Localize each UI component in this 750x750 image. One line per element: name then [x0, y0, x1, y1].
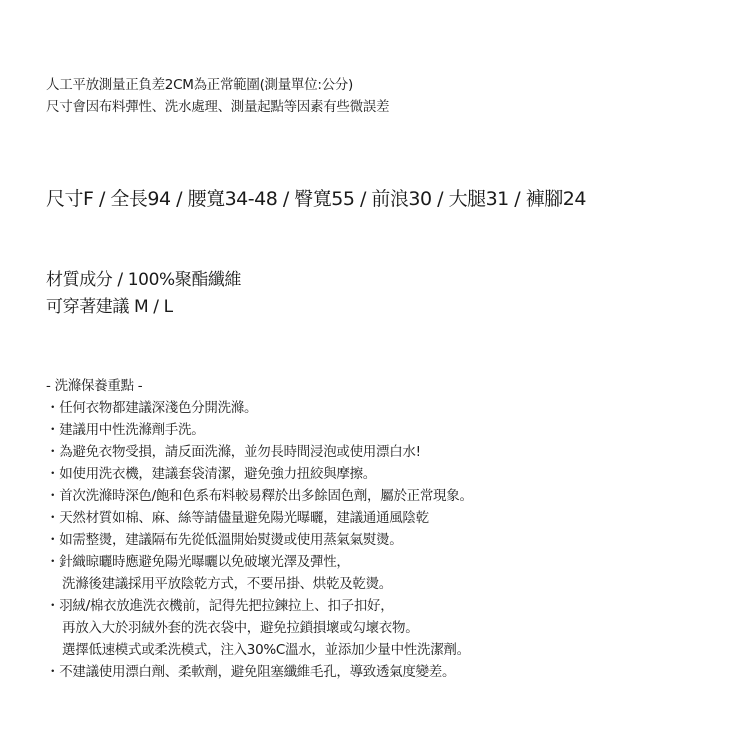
material-composition: 材質成分 / 100%聚酯纖維 — [46, 267, 241, 294]
care-item: ・首次洗滌時深色/飽和色系布料較易釋於出多餘固色劑，屬於正常現象。 — [46, 485, 473, 507]
measurement-note-line-1: 人工平放測量正負差2CM為正常範圍(測量單位:公分) — [46, 74, 389, 96]
measurement-note-line-2: 尺寸會因布料彈性、洗水處理、測量起點等因素有些微誤差 — [46, 96, 389, 118]
care-item: ・建議用中性洗滌劑手洗。 — [46, 419, 473, 441]
fit-recommendation: 可穿著建議 M / L — [46, 294, 241, 321]
care-item: ・任何衣物都建議深淺色分開洗滌。 — [46, 397, 473, 419]
care-item: ・如使用洗衣機，建議套袋清潔，避免強力扭絞與摩擦。 — [46, 463, 473, 485]
material-info: 材質成分 / 100%聚酯纖維 可穿著建議 M / L — [46, 267, 241, 321]
measurement-note: 人工平放測量正負差2CM為正常範圍(測量單位:公分) 尺寸會因布料彈性、洗水處理… — [46, 74, 389, 118]
care-item: ・不建議使用漂白劑、柔軟劑，避免阻塞纖維毛孔，導致透氣度變差。 — [46, 661, 473, 683]
care-item: ・針織晾曬時應避免陽光曝曬以免破壞光澤及彈性， — [46, 551, 473, 573]
care-item-continuation: 選擇低速模式或柔洗模式，注入30%C溫水，並添加少量中性洗潔劑。 — [46, 639, 473, 661]
care-item: ・如需整燙，建議隔布先從低溫開始熨燙或使用蒸氣氣熨燙。 — [46, 529, 473, 551]
size-spec-text: 尺寸F / 全長94 / 腰寬34-48 / 臀寬55 / 前浪30 / 大腿3… — [46, 185, 586, 213]
care-item: ・為避免衣物受損，請反面洗滌，並勿長時間浸泡或使用漂白水! — [46, 441, 473, 463]
care-item-continuation: 洗滌後建議採用平放陰乾方式，不要吊掛、烘乾及乾燙。 — [46, 573, 473, 595]
size-spec: 尺寸F / 全長94 / 腰寬34-48 / 臀寬55 / 前浪30 / 大腿3… — [46, 185, 586, 213]
care-item-continuation: 再放入大於羽絨外套的洗衣袋中，避免拉鎖損壞或勾壞衣物。 — [46, 617, 473, 639]
care-item: ・天然材質如棉、麻、絲等請儘量避免陽光曝曬，建議通通風陰乾 — [46, 507, 473, 529]
care-instructions: - 洗滌保養重點 - ・任何衣物都建議深淺色分開洗滌。 ・建議用中性洗滌劑手洗。… — [46, 375, 473, 683]
care-heading: - 洗滌保養重點 - — [46, 375, 473, 397]
care-item: ・羽絨/棉衣放進洗衣機前，記得先把拉鍊拉上、扣子扣好， — [46, 595, 473, 617]
